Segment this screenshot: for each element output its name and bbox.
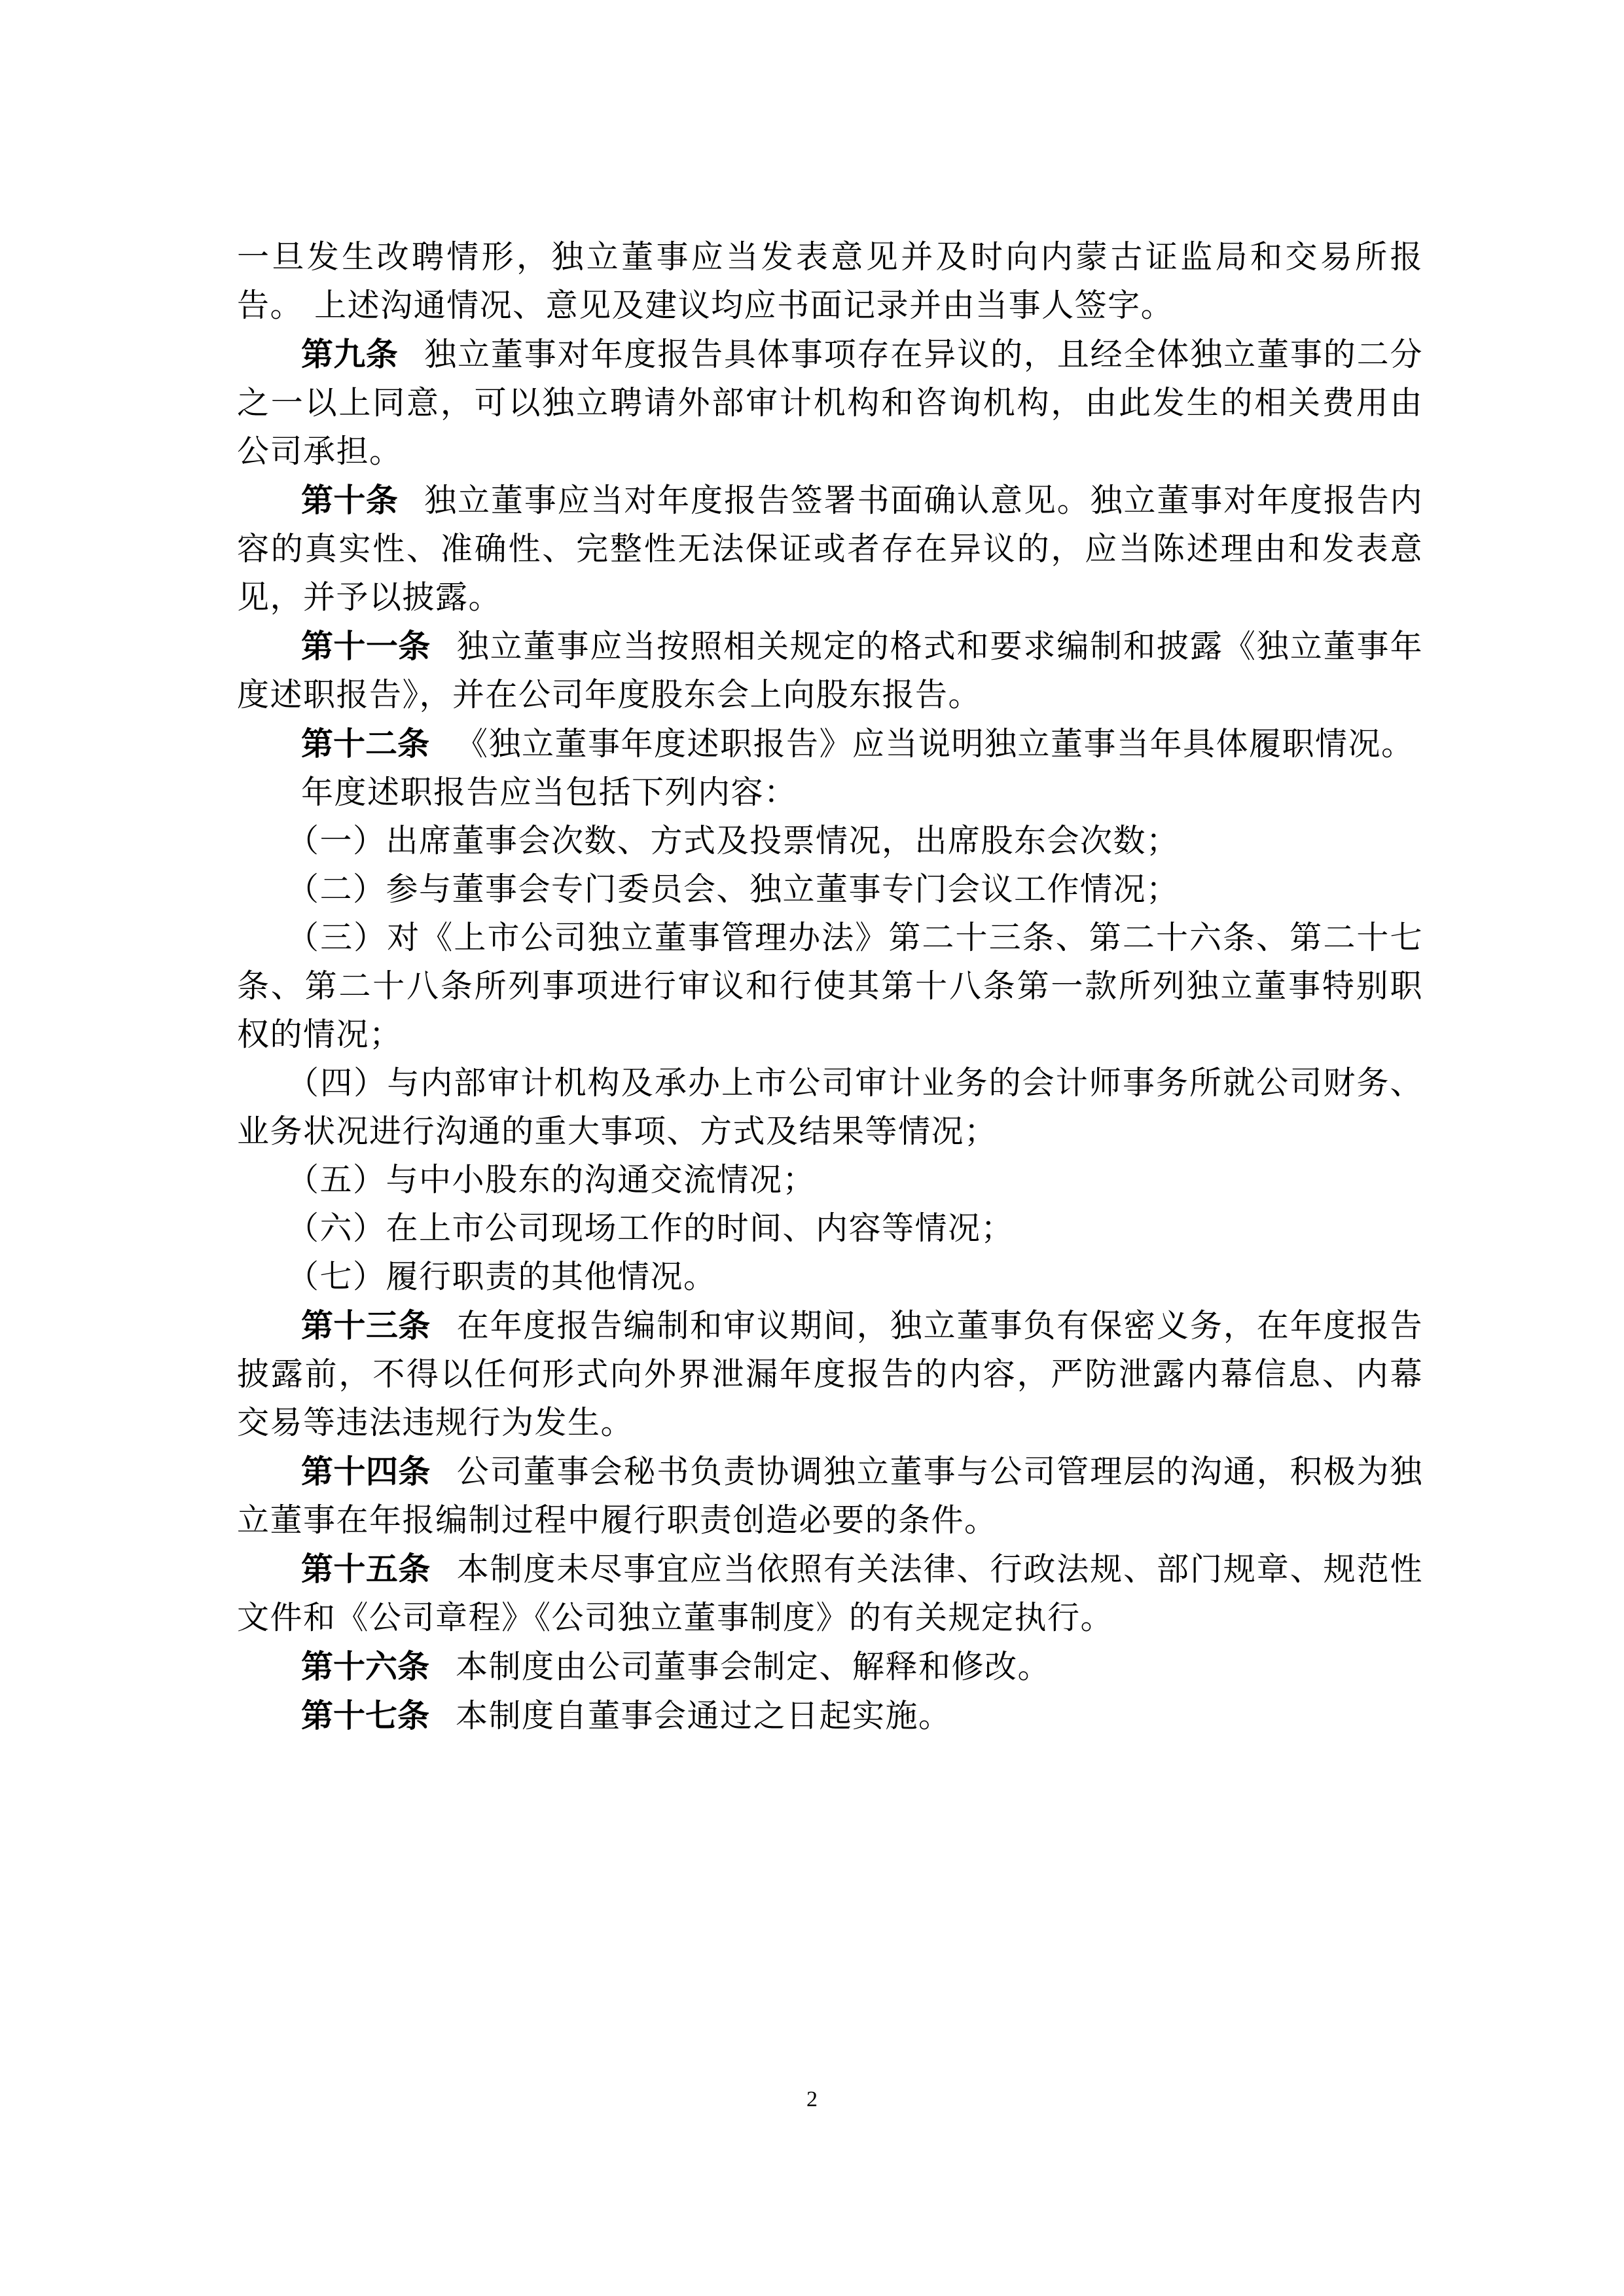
article-number: 第十条: [301, 481, 398, 519]
article-9: 第九条独立董事对年度报告具体事项存在异议的，且经全体独立董事的二分之一以上同意，…: [237, 330, 1423, 476]
article-14: 第十四条公司董事会秘书负责协调独立董事与公司管理层的沟通，积极为独立董事在年报编…: [237, 1447, 1423, 1545]
document-page: 一旦发生改聘情形，独立董事应当发表意见并及时向内蒙古证监局和交易所报告。 上述沟…: [237, 233, 1423, 1740]
article-number: 第十三条: [301, 1306, 431, 1344]
article-text: 独立董事应当对年度报告签署书面确认意见。独立董事对年度报告内容的真实性、准确性、…: [237, 482, 1423, 616]
article-11: 第十一条独立董事应当按照相关规定的格式和要求编制和披露《独立董事年度述职报告》，…: [237, 622, 1423, 719]
continuation-paragraph: 一旦发生改聘情形，独立董事应当发表意见并及时向内蒙古证监局和交易所报告。 上述沟…: [237, 233, 1423, 330]
article-16: 第十六条本制度由公司董事会制定、解释和修改。: [237, 1642, 1423, 1691]
article-number: 第十一条: [301, 627, 431, 665]
list-item: （六）在上市公司现场工作的时间、内容等情况；: [237, 1204, 1423, 1253]
article-15: 第十五条本制度未尽事宜应当依照有关法律、行政法规、部门规章、规范性文件和《公司章…: [237, 1545, 1423, 1642]
article-text: 本制度由公司董事会制定、解释和修改。: [456, 1648, 1051, 1685]
list-item: （二）参与董事会专门委员会、独立董事专门会议工作情况；: [237, 865, 1423, 914]
article-number: 第九条: [301, 335, 398, 373]
article-text: 本制度自董事会通过之日起实施。: [456, 1697, 952, 1734]
page-number: 2: [0, 2087, 1624, 2113]
article-13: 第十三条在年度报告编制和审议期间，独立董事负有保密义务，在年度报告披露前，不得以…: [237, 1301, 1423, 1447]
list-item: （五）与中小股东的沟通交流情况；: [237, 1156, 1423, 1204]
article-17: 第十七条本制度自董事会通过之日起实施。: [237, 1691, 1423, 1740]
article-12: 第十二条《独立董事年度述职报告》应当说明独立董事当年具体履职情况。: [237, 719, 1423, 768]
list-item: （三）对《上市公司独立董事管理办法》第二十三条、第二十六条、第二十七条、第二十八…: [237, 914, 1423, 1059]
article-12-intro: 年度述职报告应当包括下列内容：: [237, 768, 1423, 817]
article-number: 第十二条: [301, 725, 429, 762]
article-number: 第十七条: [301, 1696, 429, 1734]
article-number: 第十六条: [301, 1647, 429, 1685]
article-text: 《独立董事年度述职报告》应当说明独立董事当年具体履职情况。: [456, 725, 1415, 762]
article-number: 第十五条: [301, 1550, 431, 1588]
list-item: （一）出席董事会次数、方式及投票情况，出席股东会次数；: [237, 817, 1423, 865]
article-text: 独立董事对年度报告具体事项存在异议的，且经全体独立董事的二分之一以上同意，可以独…: [237, 336, 1423, 470]
article-10: 第十条独立董事应当对年度报告签署书面确认意见。独立董事对年度报告内容的真实性、准…: [237, 476, 1423, 622]
article-number: 第十四条: [301, 1452, 431, 1490]
list-item: （四）与内部审计机构及承办上市公司审计业务的会计师事务所就公司财务、业务状况进行…: [237, 1059, 1423, 1156]
list-item: （七）履行职责的其他情况。: [237, 1253, 1423, 1301]
